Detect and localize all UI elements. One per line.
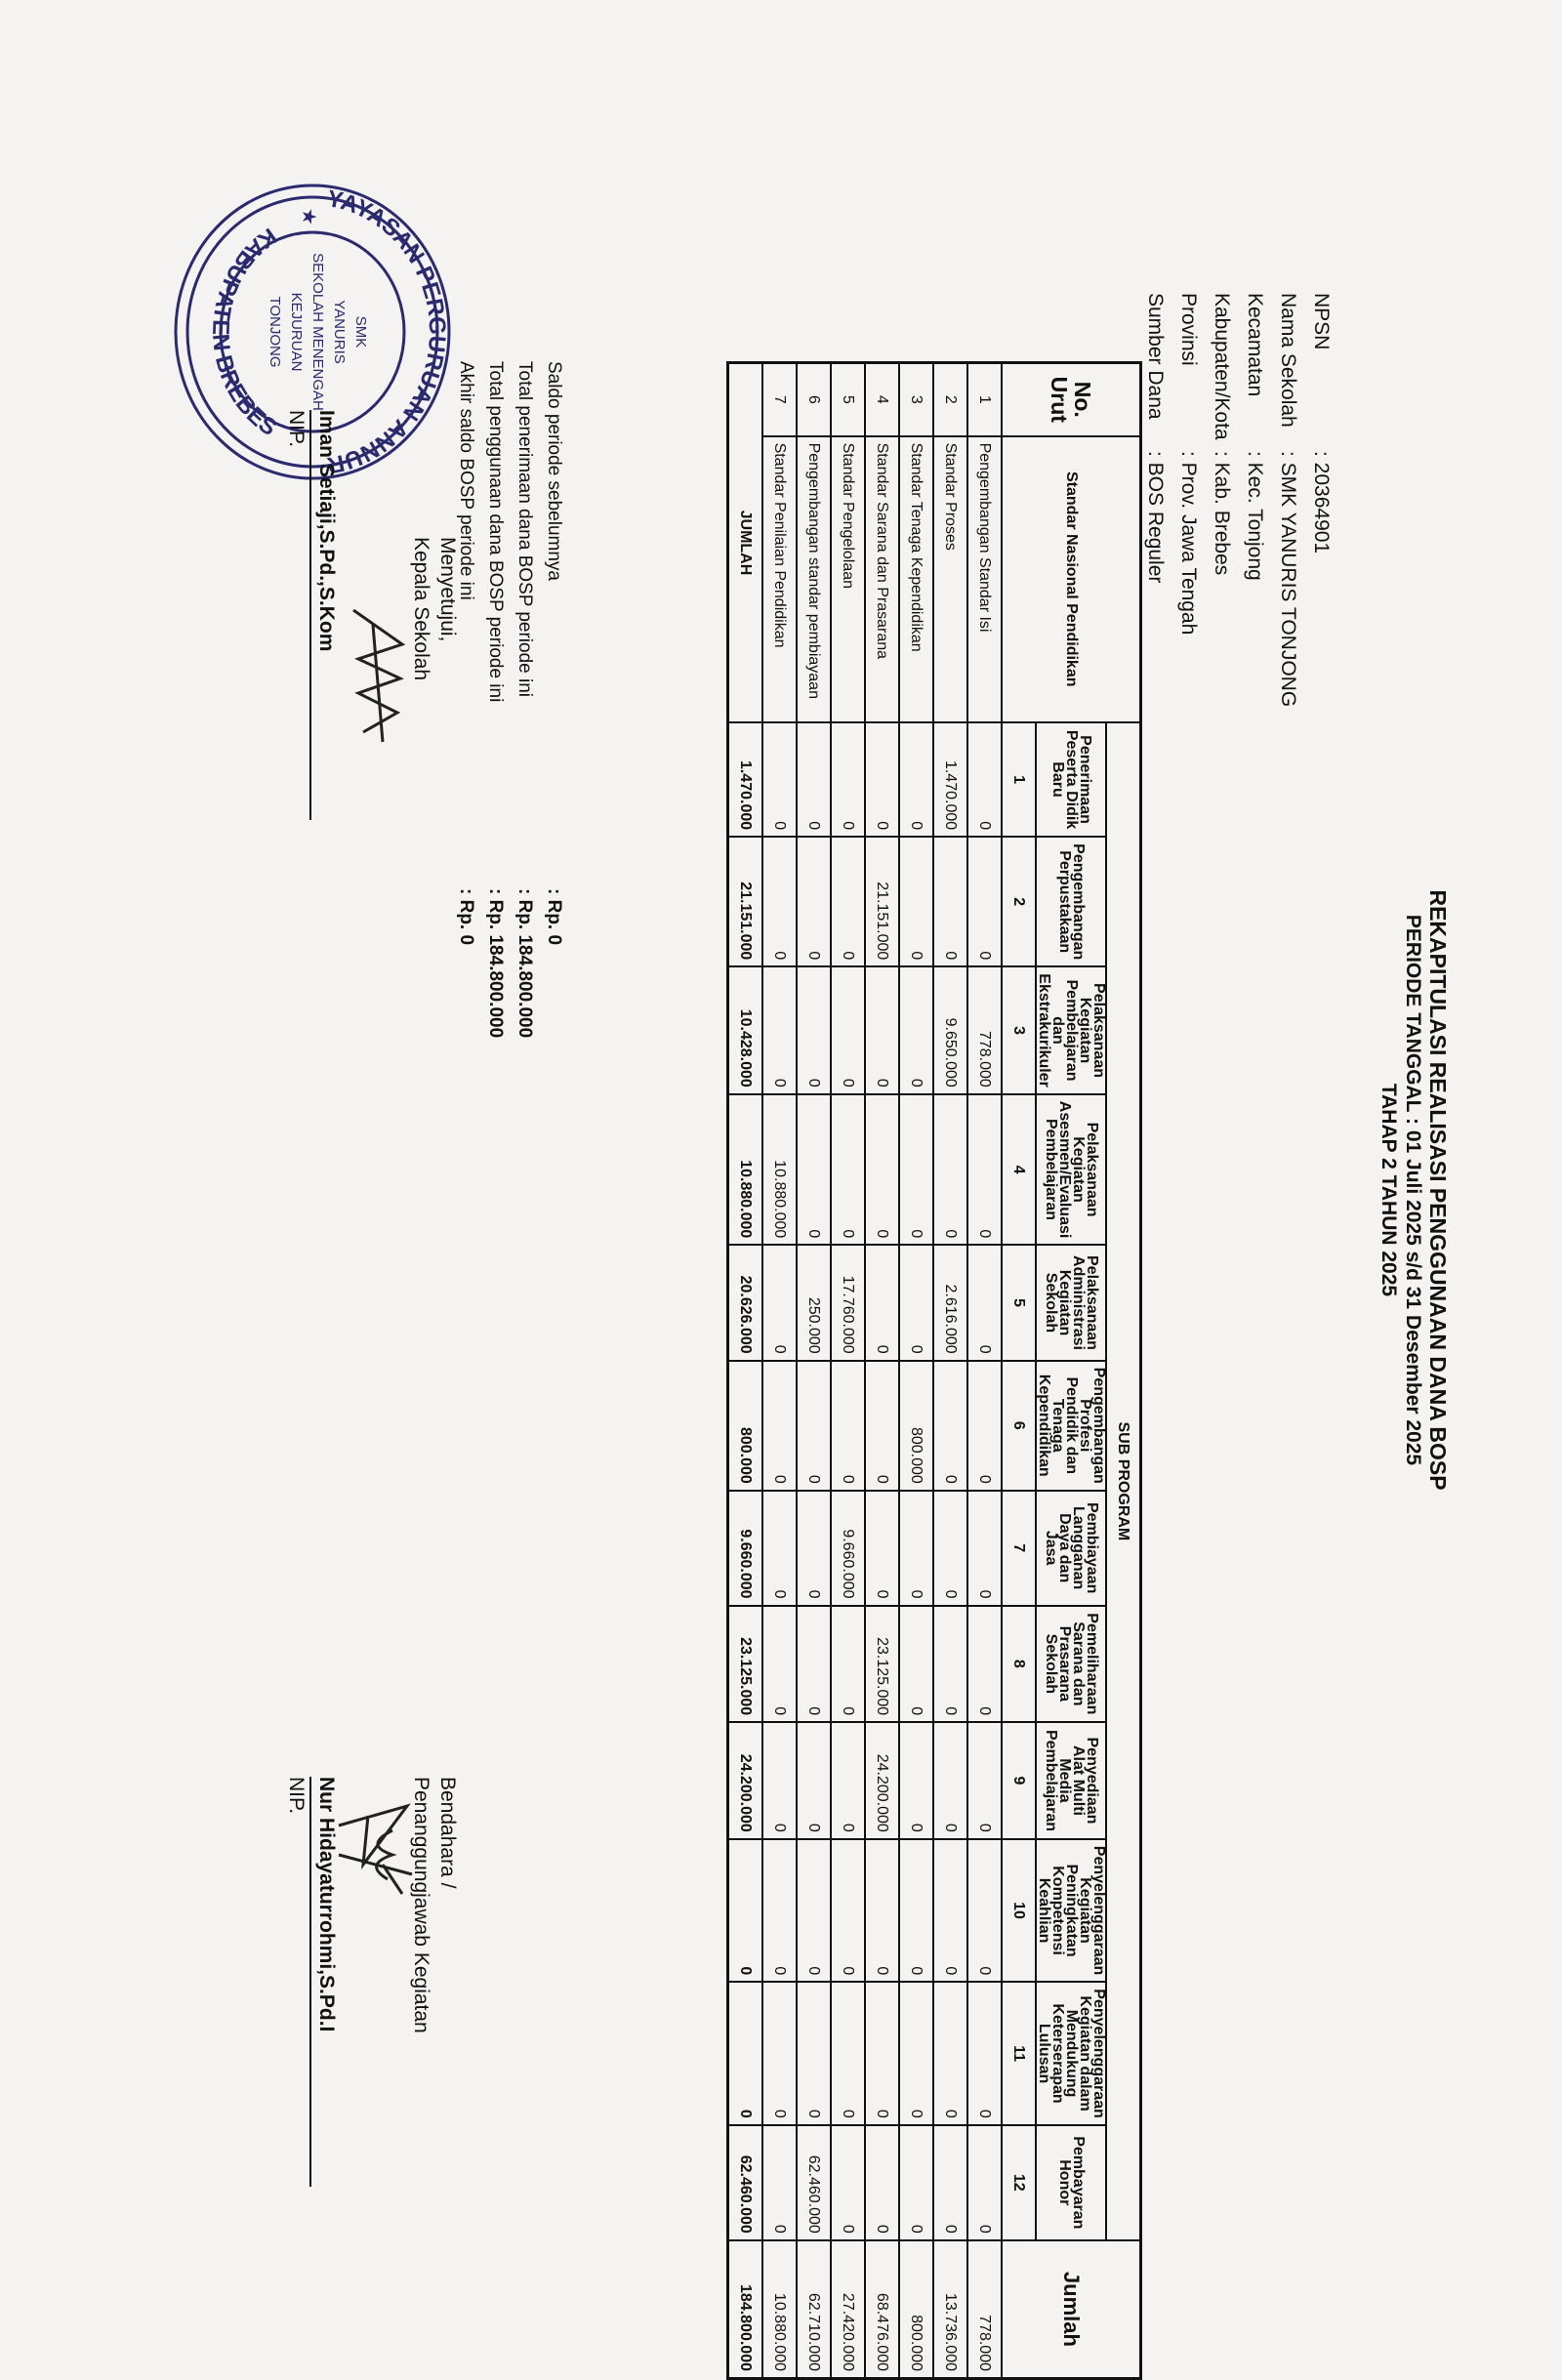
row-value: 0 — [899, 722, 933, 837]
row-value: 24.200.000 — [865, 1722, 899, 1839]
info-row: Nama Sekolah: SMK YANURIS TONJONG — [1271, 293, 1304, 707]
row-value: 0 — [831, 966, 865, 1094]
info-label: NPSN — [1304, 293, 1337, 451]
total-value: 62.460.000 — [728, 2125, 763, 2240]
row-value: 0 — [831, 722, 865, 837]
row-total: 27.420.000 — [831, 2240, 865, 2379]
row-standar: Pengembangan Standar Isi — [967, 436, 1002, 722]
sub-program-number: 3 — [1002, 966, 1036, 1094]
total-value: 20.626.000 — [728, 1245, 763, 1360]
row-value: 0 — [899, 966, 933, 1094]
row-value: 0 — [933, 1094, 967, 1246]
signature-principal: Menyetujui, Kepala Sekolah Iman Setiaji,… — [283, 410, 461, 820]
row-value: 0 — [865, 1245, 899, 1360]
sub-program-header: Pelaksanaan Kegiatan Pembelajaran dan Ek… — [1036, 966, 1106, 1094]
row-value: 0 — [865, 966, 899, 1094]
row-value: 0 — [967, 1491, 1002, 1606]
total-value: 10.428.000 — [728, 966, 763, 1094]
summary-row: Total penggunaan dana BOSP periode ini: … — [480, 361, 510, 1038]
row-total: 13.736.000 — [933, 2240, 967, 2379]
row-value: 0 — [762, 722, 797, 837]
sub-program-header: Pelaksanaan Administrasi Kegiatan Sekola… — [1036, 1245, 1106, 1360]
row-value: 0 — [797, 1491, 831, 1606]
total-value: 23.125.000 — [728, 1606, 763, 1723]
row-value: 9.660.000 — [831, 1491, 865, 1606]
row-value: 0 — [933, 1491, 967, 1606]
principal-title: Kepala Sekolah — [408, 410, 434, 820]
row-value: 0 — [865, 1491, 899, 1606]
row-value: 0 — [933, 2125, 967, 2240]
table-row: 6Pengembangan standar pembiayaan0000250.… — [797, 363, 831, 2379]
row-value: 9.650.000 — [933, 966, 967, 1094]
title-line-1: REKAPITULASI REALISASI PENGGUNAAN DANA B… — [1425, 0, 1450, 2380]
row-value: 0 — [933, 1839, 967, 1983]
document-title: REKAPITULASI REALISASI PENGGUNAAN DANA B… — [1377, 0, 1450, 2380]
principal-nip: NIP. — [283, 410, 309, 820]
row-value: 0 — [899, 1839, 933, 1983]
row-value: 0 — [762, 1722, 797, 1839]
svg-text:TONJONG: TONJONG — [267, 296, 283, 367]
sub-program-number: 6 — [1002, 1361, 1036, 1491]
svg-text:SEKOLAH MENENGAH: SEKOLAH MENENGAH — [309, 253, 326, 411]
summary-value: : Rp. 0 — [539, 888, 568, 945]
sub-program-header: Pelaksanaan Kegiatan Asesmen/Evaluasi Pe… — [1036, 1094, 1106, 1246]
row-value: 0 — [762, 966, 797, 1094]
row-value: 0 — [899, 1491, 933, 1606]
row-value: 0 — [967, 2125, 1002, 2240]
row-standar: Standar Sarana dan Prasarana — [865, 436, 899, 722]
row-value: 0 — [967, 722, 1002, 837]
row-value: 0 — [762, 1361, 797, 1491]
treasurer-label: Bendahara / — [434, 1777, 461, 2187]
row-value: 0 — [967, 1245, 1002, 1360]
signature-mark-icon — [334, 1796, 422, 1913]
row-value: 0 — [865, 2125, 899, 2240]
signature-line — [309, 1777, 311, 2187]
row-total: 800.000 — [899, 2240, 933, 2379]
row-number: 5 — [831, 363, 865, 436]
table-row: 4Standar Sarana dan Prasarana021.151.000… — [865, 363, 899, 2379]
summary-row: Total penerimaan dana BOSP periode ini: … — [510, 361, 539, 1038]
total-value: 800.000 — [728, 1361, 763, 1491]
signature-treasurer: Bendahara / Penanggungjawab Kegiatan Nur… — [283, 1777, 461, 2187]
row-value: 778.000 — [967, 966, 1002, 1094]
row-value: 0 — [967, 837, 1002, 966]
document-page: REKAPITULASI REALISASI PENGGUNAAN DANA B… — [0, 0, 1562, 2380]
header-no-urut: No. Urut — [1002, 363, 1141, 436]
summary-value: : Rp. 184.800.000 — [480, 888, 510, 1038]
row-value: 0 — [762, 2125, 797, 2240]
row-value: 0 — [933, 1722, 967, 1839]
info-value: : BOS Reguler — [1138, 451, 1171, 583]
total-value: 21.151.000 — [728, 837, 763, 966]
row-standar: Standar Pengelolaan — [831, 436, 865, 722]
row-value: 0 — [865, 722, 899, 837]
school-info: NPSN: 20364901Nama Sekolah: SMK YANURIS … — [1138, 293, 1337, 707]
title-stage: TAHAP 2 TAHUN 2025 — [1377, 0, 1401, 2380]
row-value: 0 — [831, 1982, 865, 2125]
row-value: 0 — [797, 1839, 831, 1983]
sub-program-number: 5 — [1002, 1245, 1036, 1360]
row-value: 0 — [865, 1839, 899, 1983]
info-row: Kecamatan: Kec. Tonjong — [1238, 293, 1271, 707]
total-value: 24.200.000 — [728, 1722, 763, 1839]
row-number: 6 — [797, 363, 831, 436]
total-label: JUMLAH — [728, 363, 763, 722]
total-value: 10.880.000 — [728, 1094, 763, 1246]
svg-text:★: ★ — [298, 208, 319, 226]
row-value: 0 — [831, 1722, 865, 1839]
svg-text:SMK: SMK — [352, 316, 369, 349]
header-jumlah: Jumlah — [1002, 2240, 1141, 2379]
row-total: 62.710.000 — [797, 2240, 831, 2379]
row-value: 0 — [797, 1722, 831, 1839]
total-row: JUMLAH1.470.00021.151.00010.428.00010.88… — [728, 363, 763, 2379]
info-label: Nama Sekolah — [1271, 293, 1304, 451]
sub-program-number: 12 — [1002, 2125, 1036, 2240]
row-value: 0 — [899, 1982, 933, 2125]
row-value: 21.151.000 — [865, 837, 899, 966]
sub-program-number: 9 — [1002, 1722, 1036, 1839]
row-value: 0 — [899, 1722, 933, 1839]
info-value: : SMK YANURIS TONJONG — [1271, 451, 1304, 707]
row-total: 10.880.000 — [762, 2240, 797, 2379]
row-value: 0 — [899, 837, 933, 966]
header-standar: Standar Nasional Pendidikan — [1002, 436, 1141, 722]
row-number: 2 — [933, 363, 967, 436]
balance-summary: Saldo periode sebelumnya: Rp. 0Total pen… — [451, 361, 568, 1038]
row-value: 0 — [933, 1982, 967, 2125]
signature-line — [309, 410, 311, 820]
table-row: 7Standar Penilaian Pendidikan00010.880.0… — [762, 363, 797, 2379]
row-value: 0 — [762, 837, 797, 966]
info-row: Sumber Dana: BOS Reguler — [1138, 293, 1171, 707]
summary-label: Total penggunaan dana BOSP periode ini — [480, 361, 510, 888]
row-value: 0 — [797, 1094, 831, 1246]
row-standar: Standar Penilaian Pendidikan — [762, 436, 797, 722]
sub-program-header: Penerimaan Peserta Didik Baru — [1036, 722, 1106, 837]
table-row: 5Standar Pengelolaan000017.760.00009.660… — [831, 363, 865, 2379]
row-value: 0 — [899, 1606, 933, 1723]
row-value: 0 — [933, 837, 967, 966]
sub-program-number: 4 — [1002, 1094, 1036, 1246]
row-value: 0 — [831, 837, 865, 966]
row-value: 23.125.000 — [865, 1606, 899, 1723]
row-value: 10.880.000 — [762, 1094, 797, 1246]
row-value: 1.470.000 — [933, 722, 967, 837]
sub-program-number: 1 — [1002, 722, 1036, 837]
row-value: 800.000 — [899, 1361, 933, 1491]
row-value: 17.760.000 — [831, 1245, 865, 1360]
svg-text:YANURIS: YANURIS — [331, 300, 348, 364]
total-value: 1.470.000 — [728, 722, 763, 837]
row-value: 250.000 — [797, 1245, 831, 1360]
table-row: 1Pengembangan Standar Isi00778.000000000… — [967, 363, 1002, 2379]
approval-label: Menyetujui, — [434, 410, 461, 820]
summary-row: Saldo periode sebelumnya: Rp. 0 — [539, 361, 568, 1038]
total-value: 0 — [728, 1982, 763, 2125]
row-value: 0 — [797, 966, 831, 1094]
row-value: 0 — [797, 722, 831, 837]
row-value: 2.616.000 — [933, 1245, 967, 1360]
row-number: 1 — [967, 363, 1002, 436]
row-value: 0 — [899, 2125, 933, 2240]
row-value: 0 — [762, 1606, 797, 1723]
info-label: Kabupaten/Kota — [1205, 293, 1238, 451]
row-value: 0 — [967, 1094, 1002, 1246]
row-value: 0 — [967, 1839, 1002, 1983]
sub-program-header: Pembayaran Honor — [1036, 2125, 1106, 2240]
sub-program-number: 11 — [1002, 1982, 1036, 2125]
row-number: 4 — [865, 363, 899, 436]
signature-mark-icon — [344, 605, 412, 752]
row-value: 0 — [762, 1245, 797, 1360]
info-value: : Kec. Tonjong — [1238, 451, 1271, 581]
sub-program-number: 8 — [1002, 1606, 1036, 1723]
info-value: : 20364901 — [1304, 451, 1337, 554]
summary-value: : Rp. 184.800.000 — [510, 888, 539, 1038]
row-value: 0 — [762, 1491, 797, 1606]
row-value: 0 — [831, 1839, 865, 1983]
sub-program-number: 10 — [1002, 1839, 1036, 1983]
summary-label: Saldo periode sebelumnya — [539, 361, 568, 888]
row-number: 7 — [762, 363, 797, 436]
row-value: 0 — [831, 2125, 865, 2240]
row-value: 0 — [967, 1361, 1002, 1491]
header-sub-program: SUB PROGRAM — [1106, 722, 1141, 2240]
info-row: Kabupaten/Kota: Kab. Brebes — [1205, 293, 1238, 707]
svg-text:KEJURUAN: KEJURUAN — [288, 293, 305, 372]
info-label: Sumber Dana — [1138, 293, 1171, 451]
sub-program-header: Penyediaan Alat Multi Media Pembelajaran — [1036, 1722, 1106, 1839]
info-label: Kecamatan — [1238, 293, 1271, 451]
row-standar: Standar Tenaga Kependidikan — [899, 436, 933, 722]
sub-program-number: 2 — [1002, 837, 1036, 966]
row-value: 0 — [865, 1982, 899, 2125]
row-value: 0 — [933, 1606, 967, 1723]
sub-program-header: Pemeliharaan Sarana dan Prasarana Sekola… — [1036, 1606, 1106, 1723]
summary-value: : Rp. 0 — [451, 888, 480, 945]
row-value: 0 — [865, 1094, 899, 1246]
sub-program-header: Penyelenggaraan Kegiatan Peningkatan Kom… — [1036, 1839, 1106, 1983]
row-value: 0 — [967, 1982, 1002, 2125]
row-value: 0 — [762, 1839, 797, 1983]
info-value: : Kab. Brebes — [1205, 451, 1238, 575]
row-value: 0 — [967, 1722, 1002, 1839]
row-value: 0 — [865, 1361, 899, 1491]
total-value: 9.660.000 — [728, 1491, 763, 1606]
row-value: 0 — [797, 1982, 831, 2125]
row-value: 0 — [933, 1361, 967, 1491]
table-row: 2Standar Proses1.470.00009.650.00002.616… — [933, 363, 967, 2379]
row-value: 0 — [899, 1245, 933, 1360]
row-value: 0 — [831, 1361, 865, 1491]
summary-label: Total penerimaan dana BOSP periode ini — [510, 361, 539, 888]
row-total: 68.476.000 — [865, 2240, 899, 2379]
title-period: PERIODE TANGGAL : 01 Juli 2025 s/d 31 De… — [1401, 0, 1425, 2380]
row-value: 0 — [899, 1094, 933, 1246]
row-value: 62.460.000 — [797, 2125, 831, 2240]
info-row: NPSN: 20364901 — [1304, 293, 1337, 707]
row-value: 0 — [797, 1361, 831, 1491]
row-value: 0 — [831, 1606, 865, 1723]
info-row: Provinsi: Prov. Jawa Tengah — [1171, 293, 1205, 707]
row-value: 0 — [797, 1606, 831, 1723]
row-number: 3 — [899, 363, 933, 436]
total-value: 0 — [728, 1839, 763, 1983]
recap-table: No. Urut Standar Nasional Pendidikan SUB… — [726, 361, 1142, 2380]
row-value: 0 — [797, 837, 831, 966]
info-label: Provinsi — [1171, 293, 1205, 451]
grand-total: 184.800.000 — [728, 2240, 763, 2379]
row-standar: Standar Proses — [933, 436, 967, 722]
sub-program-number: 7 — [1002, 1491, 1036, 1606]
treasurer-nip: NIP. — [283, 1777, 309, 2187]
row-value: 0 — [967, 1606, 1002, 1723]
row-value: 0 — [831, 1094, 865, 1246]
sub-program-header: Pembiayaan Langganan Daya dan Jasa — [1036, 1491, 1106, 1606]
sub-program-header: Pengembangan Profesi Pendidik dan Tenaga… — [1036, 1361, 1106, 1491]
info-value: : Prov. Jawa Tengah — [1171, 451, 1205, 635]
row-total: 778.000 — [967, 2240, 1002, 2379]
sub-program-header: Penyelenggaraan Kegiatan dalam Mendukung… — [1036, 1982, 1106, 2125]
row-standar: Pengembangan standar pembiayaan — [797, 436, 831, 722]
sub-program-header: Pengembangan Perpustakaan — [1036, 837, 1106, 966]
principal-name: Iman Setiaji,S.Pd.,S.Kom — [313, 410, 340, 820]
table-row: 3Standar Tenaga Kependidikan00000800.000… — [899, 363, 933, 2379]
row-value: 0 — [762, 1982, 797, 2125]
